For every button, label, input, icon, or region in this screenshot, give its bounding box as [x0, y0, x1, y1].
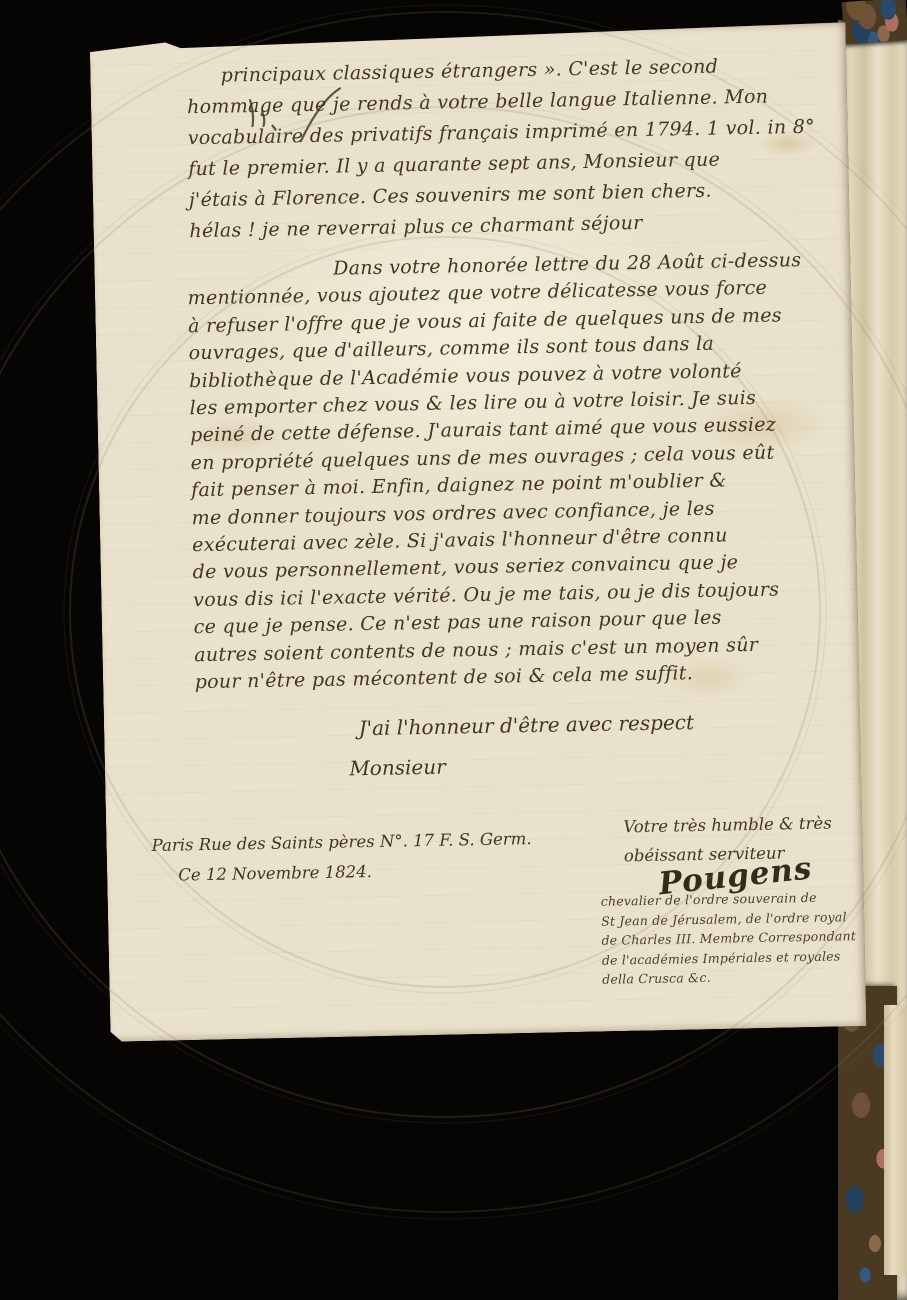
- letter-page: principaux classiques étrangers ». C'est…: [90, 22, 867, 1042]
- letter-body-paragraph-2: Dans votre honorée lettre du 28 Août ci-…: [187, 247, 809, 697]
- address-and-date: Paris Rue des Saints pères N°. 17 F. S. …: [151, 824, 532, 891]
- manuscript-line: Votre très humble & très: [623, 809, 832, 842]
- book-page-edge-bottom: [884, 1005, 907, 1275]
- photograph: principaux classiques étrangers ». C'est…: [0, 0, 907, 1300]
- signer-titles: chevalier de l'ordre souverain deSt Jean…: [601, 887, 857, 989]
- closing-salutation: Monsieur: [349, 755, 446, 781]
- marbled-cover-corner: [842, 0, 907, 44]
- manuscript-line: Ce 12 Novembre 1824.: [152, 854, 532, 891]
- handwriting-layer: principaux classiques étrangers ». C'est…: [91, 23, 865, 1041]
- letter-body-paragraph-1: principaux classiques étrangers ». C'est…: [186, 50, 817, 247]
- closing-formula: J'ai l'honneur d'être avec respect: [358, 710, 694, 740]
- manuscript-line: della Crusca &c.: [602, 965, 857, 989]
